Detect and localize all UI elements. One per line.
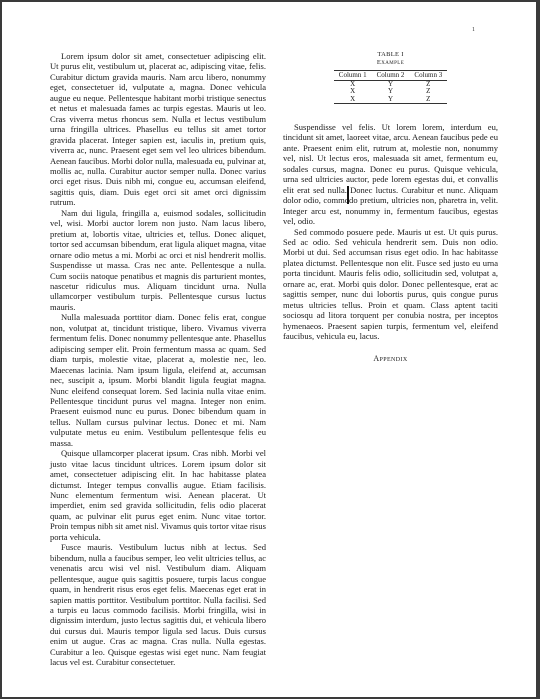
table-cell: Y xyxy=(372,96,410,104)
page-number: 1 xyxy=(472,27,475,33)
table-row: X Y Z xyxy=(334,96,447,104)
table-title: TABLE I xyxy=(283,51,498,59)
table-header-cell: Column 1 xyxy=(334,71,372,81)
paragraph: Nam dui ligula, fringilla a, euismod sod… xyxy=(50,208,266,313)
paragraph: Nulla malesuada porttitor diam. Donec fe… xyxy=(50,312,266,448)
table-header-cell: Column 2 xyxy=(372,71,410,81)
paragraph: Fusce mauris. Vestibulum luctus nibh at … xyxy=(50,542,266,667)
example-table: Column 1 Column 2 Column 3 X Y Z X Y Z xyxy=(334,70,447,104)
paragraph: Lorem ipsum dolor sit amet, consectetuer… xyxy=(50,51,266,208)
paragraph: Sed commodo posuere pede. Mauris ut est.… xyxy=(283,227,498,342)
right-column: TABLE I Example Column 1 Column 2 Column… xyxy=(283,51,498,364)
table-cell: X xyxy=(334,96,372,104)
table-header-cell: Column 3 xyxy=(409,71,447,81)
paragraph: Suspendisse vel felis. Ut lorem lorem, i… xyxy=(283,122,498,227)
left-column: Lorem ipsum dolor sit amet, consectetuer… xyxy=(50,51,266,668)
paragraph: Quisque ullamcorper placerat ipsum. Cras… xyxy=(50,448,266,542)
section-heading-appendix: Appendix xyxy=(283,354,498,364)
table-cell: Z xyxy=(409,96,447,104)
table-caption: Example xyxy=(283,59,498,67)
document-page: 1 Lorem ipsum dolor sit amet, consectetu… xyxy=(2,2,536,697)
text-cursor-icon xyxy=(347,186,349,204)
table-header-row: Column 1 Column 2 Column 3 xyxy=(334,71,447,81)
table-block: TABLE I Example Column 1 Column 2 Column… xyxy=(283,51,498,104)
